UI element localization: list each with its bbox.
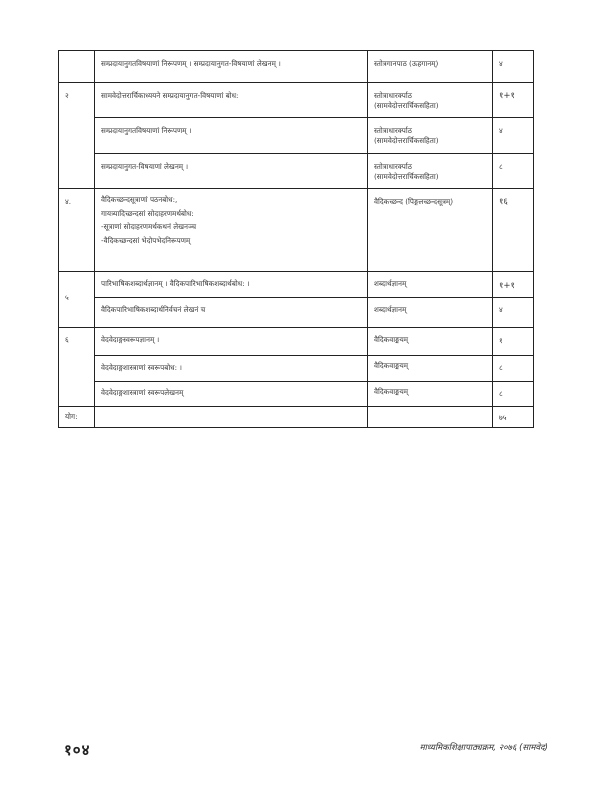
hours-cell: ४ [493, 118, 534, 154]
hours-cell: ८ [493, 154, 534, 189]
table-row: सम्प्रदायानुगतविषयाणां निरूपणम् । स्तोत्… [59, 118, 534, 154]
table-row: ४. वैदिकच्छन्दसूत्राणां पठनबोध:, गायत्र्… [59, 189, 534, 272]
table-row: सम्प्रदायानुगत-विषयाणां लेखनम् । स्तोत्र… [59, 154, 534, 189]
table-row: वेदवेदाङ्गशास्त्राणां स्वरूपबोध: । वैदिक… [59, 356, 534, 382]
unit-number-cell: २ [59, 83, 95, 189]
book-cell: वैदिकच्छन्द (पिङ्गलच्छन्दसूत्रम्) [368, 189, 493, 272]
curriculum-table: सम्प्रदायानुगतविषयाणां निरूपणम् । सम्प्र… [58, 50, 534, 428]
total-topic-cell [95, 407, 368, 428]
topic-cell: पारिभाषिकशब्दार्थज्ञानम् । वैदिकपारिभाषि… [95, 272, 368, 298]
unit-number-cell [59, 51, 95, 83]
table-row: वैदिकपारिभाषिकशब्दार्थनिर्वचनं लेखनं च श… [59, 298, 534, 328]
book-cell: शब्दार्थज्ञानम् [368, 272, 493, 298]
hours-cell: ४ [493, 51, 534, 83]
topic-cell: वैदिकपारिभाषिकशब्दार्थनिर्वचनं लेखनं च [95, 298, 368, 328]
book-cell: स्तोत्रगानपाठ (ऊहगानम्) [368, 51, 493, 83]
book-cell: वैदिकवाङ्मयम् [368, 382, 493, 407]
topic-cell: सामवेदोत्तरार्चिकाध्ययने सम्प्रदायानुगत-… [95, 83, 368, 118]
topic-cell: वेदवेदाङ्गशास्त्राणां स्वरूपबोध: । [95, 356, 368, 382]
table-row: ६ वेदवेदाङ्गस्वरूपज्ञानम् । वैदिकवाङ्मयम… [59, 328, 534, 356]
topic-cell: सम्प्रदायानुगत-विषयाणां लेखनम् । [95, 154, 368, 189]
topic-cell: सम्प्रदायानुगतविषयाणां निरूपणम् । सम्प्र… [95, 51, 368, 83]
book-cell: स्तोत्राधारर्क्पाठ(सामवेदोत्तरार्चिकसहित… [368, 118, 493, 154]
total-row: योग: ७५ [59, 407, 534, 428]
unit-number-cell: ४. [59, 189, 95, 272]
table-row: ५ पारिभाषिकशब्दार्थज्ञानम् । वैदिकपारिभा… [59, 272, 534, 298]
topic-cell: वेदवेदाङ्गशास्त्राणां स्वरूपलेखनम् [95, 382, 368, 407]
page-number: १०४ [64, 740, 90, 760]
hours-cell: १+१ [493, 83, 534, 118]
book-cell: स्तोत्राधारर्क्पाठ(सामवेदोत्तरार्चिकसहित… [368, 83, 493, 118]
hours-cell: १ [493, 328, 534, 356]
table-row: सम्प्रदायानुगतविषयाणां निरूपणम् । सम्प्र… [59, 51, 534, 83]
hours-cell: ८ [493, 356, 534, 382]
hours-cell: १६ [493, 189, 534, 272]
footer-title: माध्यमिकशिक्षापाठ्यक्रम, २०७६ (सामवेद) [420, 742, 548, 753]
total-book-cell [368, 407, 493, 428]
book-cell: वैदिकवाङ्मयम् [368, 328, 493, 356]
hours-cell: ४ [493, 298, 534, 328]
book-cell: शब्दार्थज्ञानम् [368, 298, 493, 328]
table-row: वेदवेदाङ्गशास्त्राणां स्वरूपलेखनम् वैदिक… [59, 382, 534, 407]
unit-number-cell: ६ [59, 328, 95, 407]
topic-cell: वैदिकच्छन्दसूत्राणां पठनबोध:, गायत्र्याद… [95, 189, 368, 272]
table-row: २ सामवेदोत्तरार्चिकाध्ययने सम्प्रदायानुग… [59, 83, 534, 118]
hours-cell: १+१ [493, 272, 534, 298]
unit-number-cell: ५ [59, 272, 95, 328]
topic-cell: सम्प्रदायानुगतविषयाणां निरूपणम् । [95, 118, 368, 154]
hours-cell: ८ [493, 382, 534, 407]
topic-cell: वेदवेदाङ्गस्वरूपज्ञानम् । [95, 328, 368, 356]
total-label-cell: योग: [59, 407, 95, 428]
book-cell: वैदिकवाङ्मयम् [368, 356, 493, 382]
book-cell: स्तोत्राधारर्क्पाठ(सामवेदोत्तरार्चिकसहित… [368, 154, 493, 189]
total-hours-cell: ७५ [493, 407, 534, 428]
